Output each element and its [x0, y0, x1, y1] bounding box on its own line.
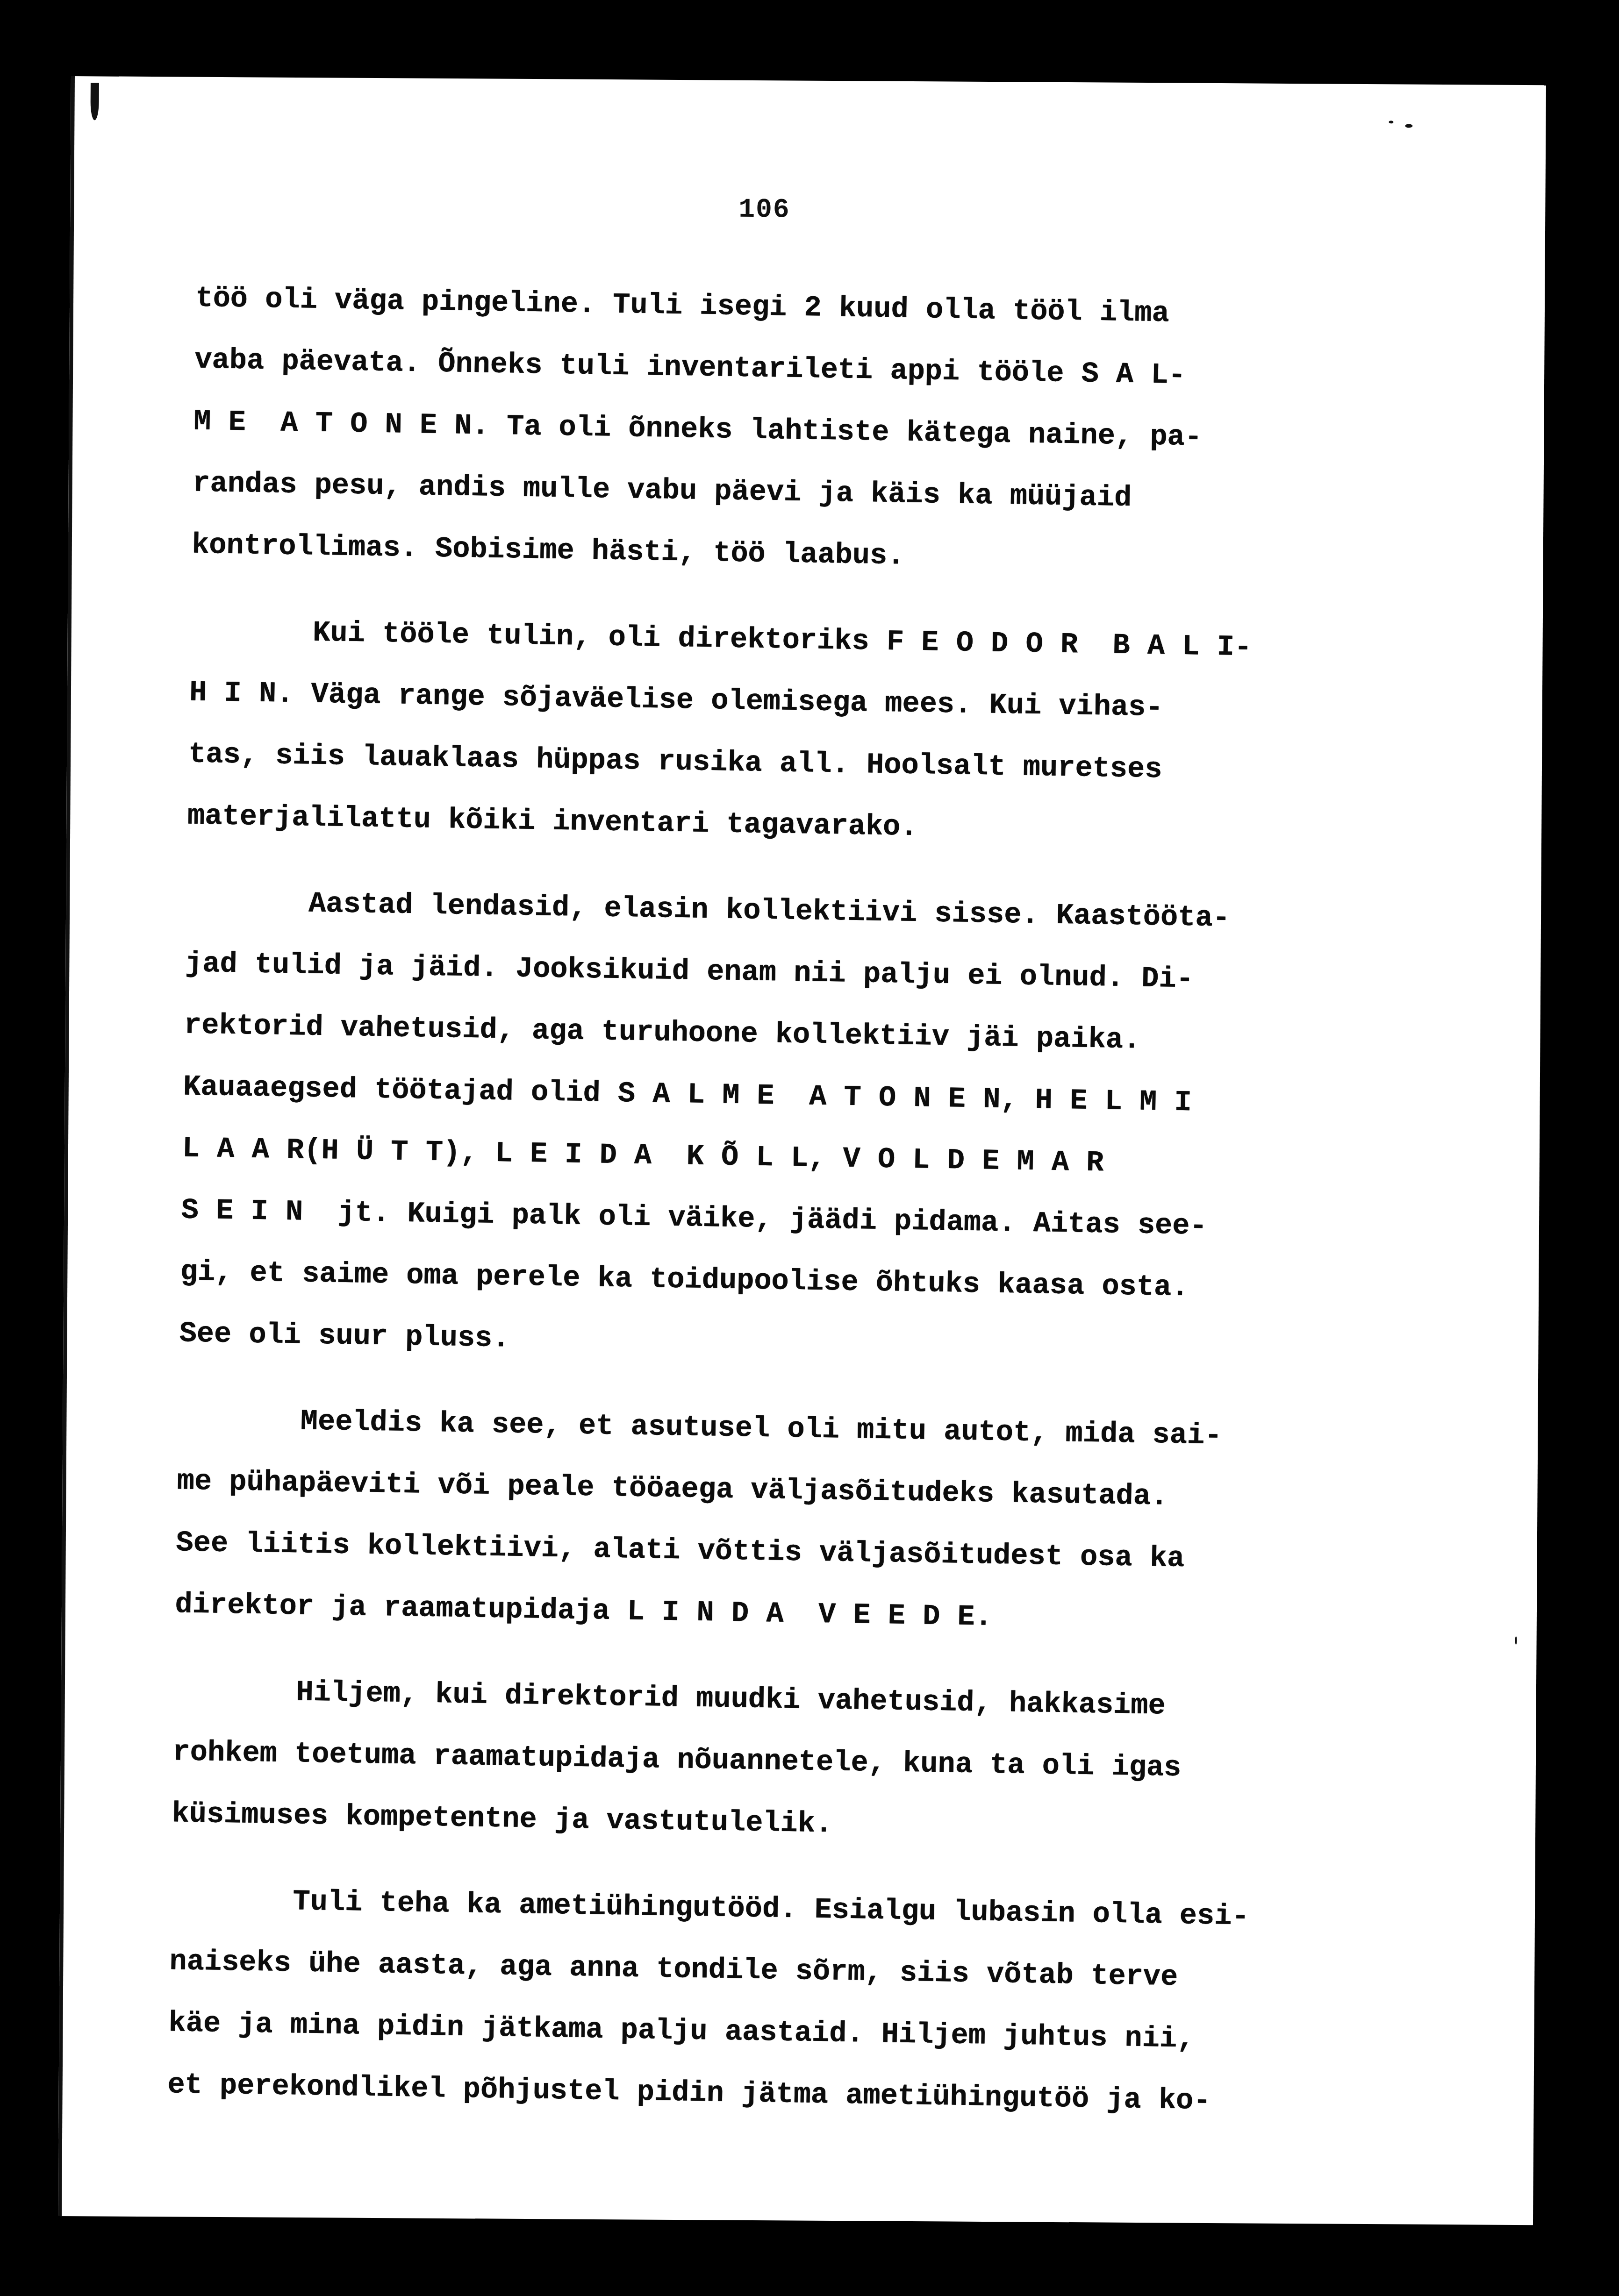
document-page: 106 töö oli väga pingeline. Tuli isegi 2…: [58, 76, 1546, 2225]
typewritten-body: töö oli väga pingeline. Tuli isegi 2 kuu…: [167, 268, 1467, 2136]
paragraph: töö oli väga pingeline. Tuli isegi 2 kuu…: [191, 268, 1467, 596]
paragraph: Tuli teha ka ametiühingutööd. Esialgu lu…: [167, 1869, 1442, 2136]
paragraph: Kui tööle tulin, oli direktoriks F E O D…: [187, 600, 1462, 867]
scan-speck: [1405, 124, 1412, 128]
scan-speck: [1515, 1636, 1517, 1645]
scan-smudge: [90, 83, 99, 120]
paragraph: Aastad lendasid, elasin kollektiivi siss…: [179, 871, 1458, 1384]
scan-speck: [1389, 121, 1393, 123]
page-number: 106: [738, 195, 790, 226]
paragraph: Meeldis ka see, et asutusel oli mitu aut…: [175, 1389, 1450, 1655]
paragraph: Hiljem, kui direktorid muudki vahetusid,…: [171, 1660, 1445, 1865]
